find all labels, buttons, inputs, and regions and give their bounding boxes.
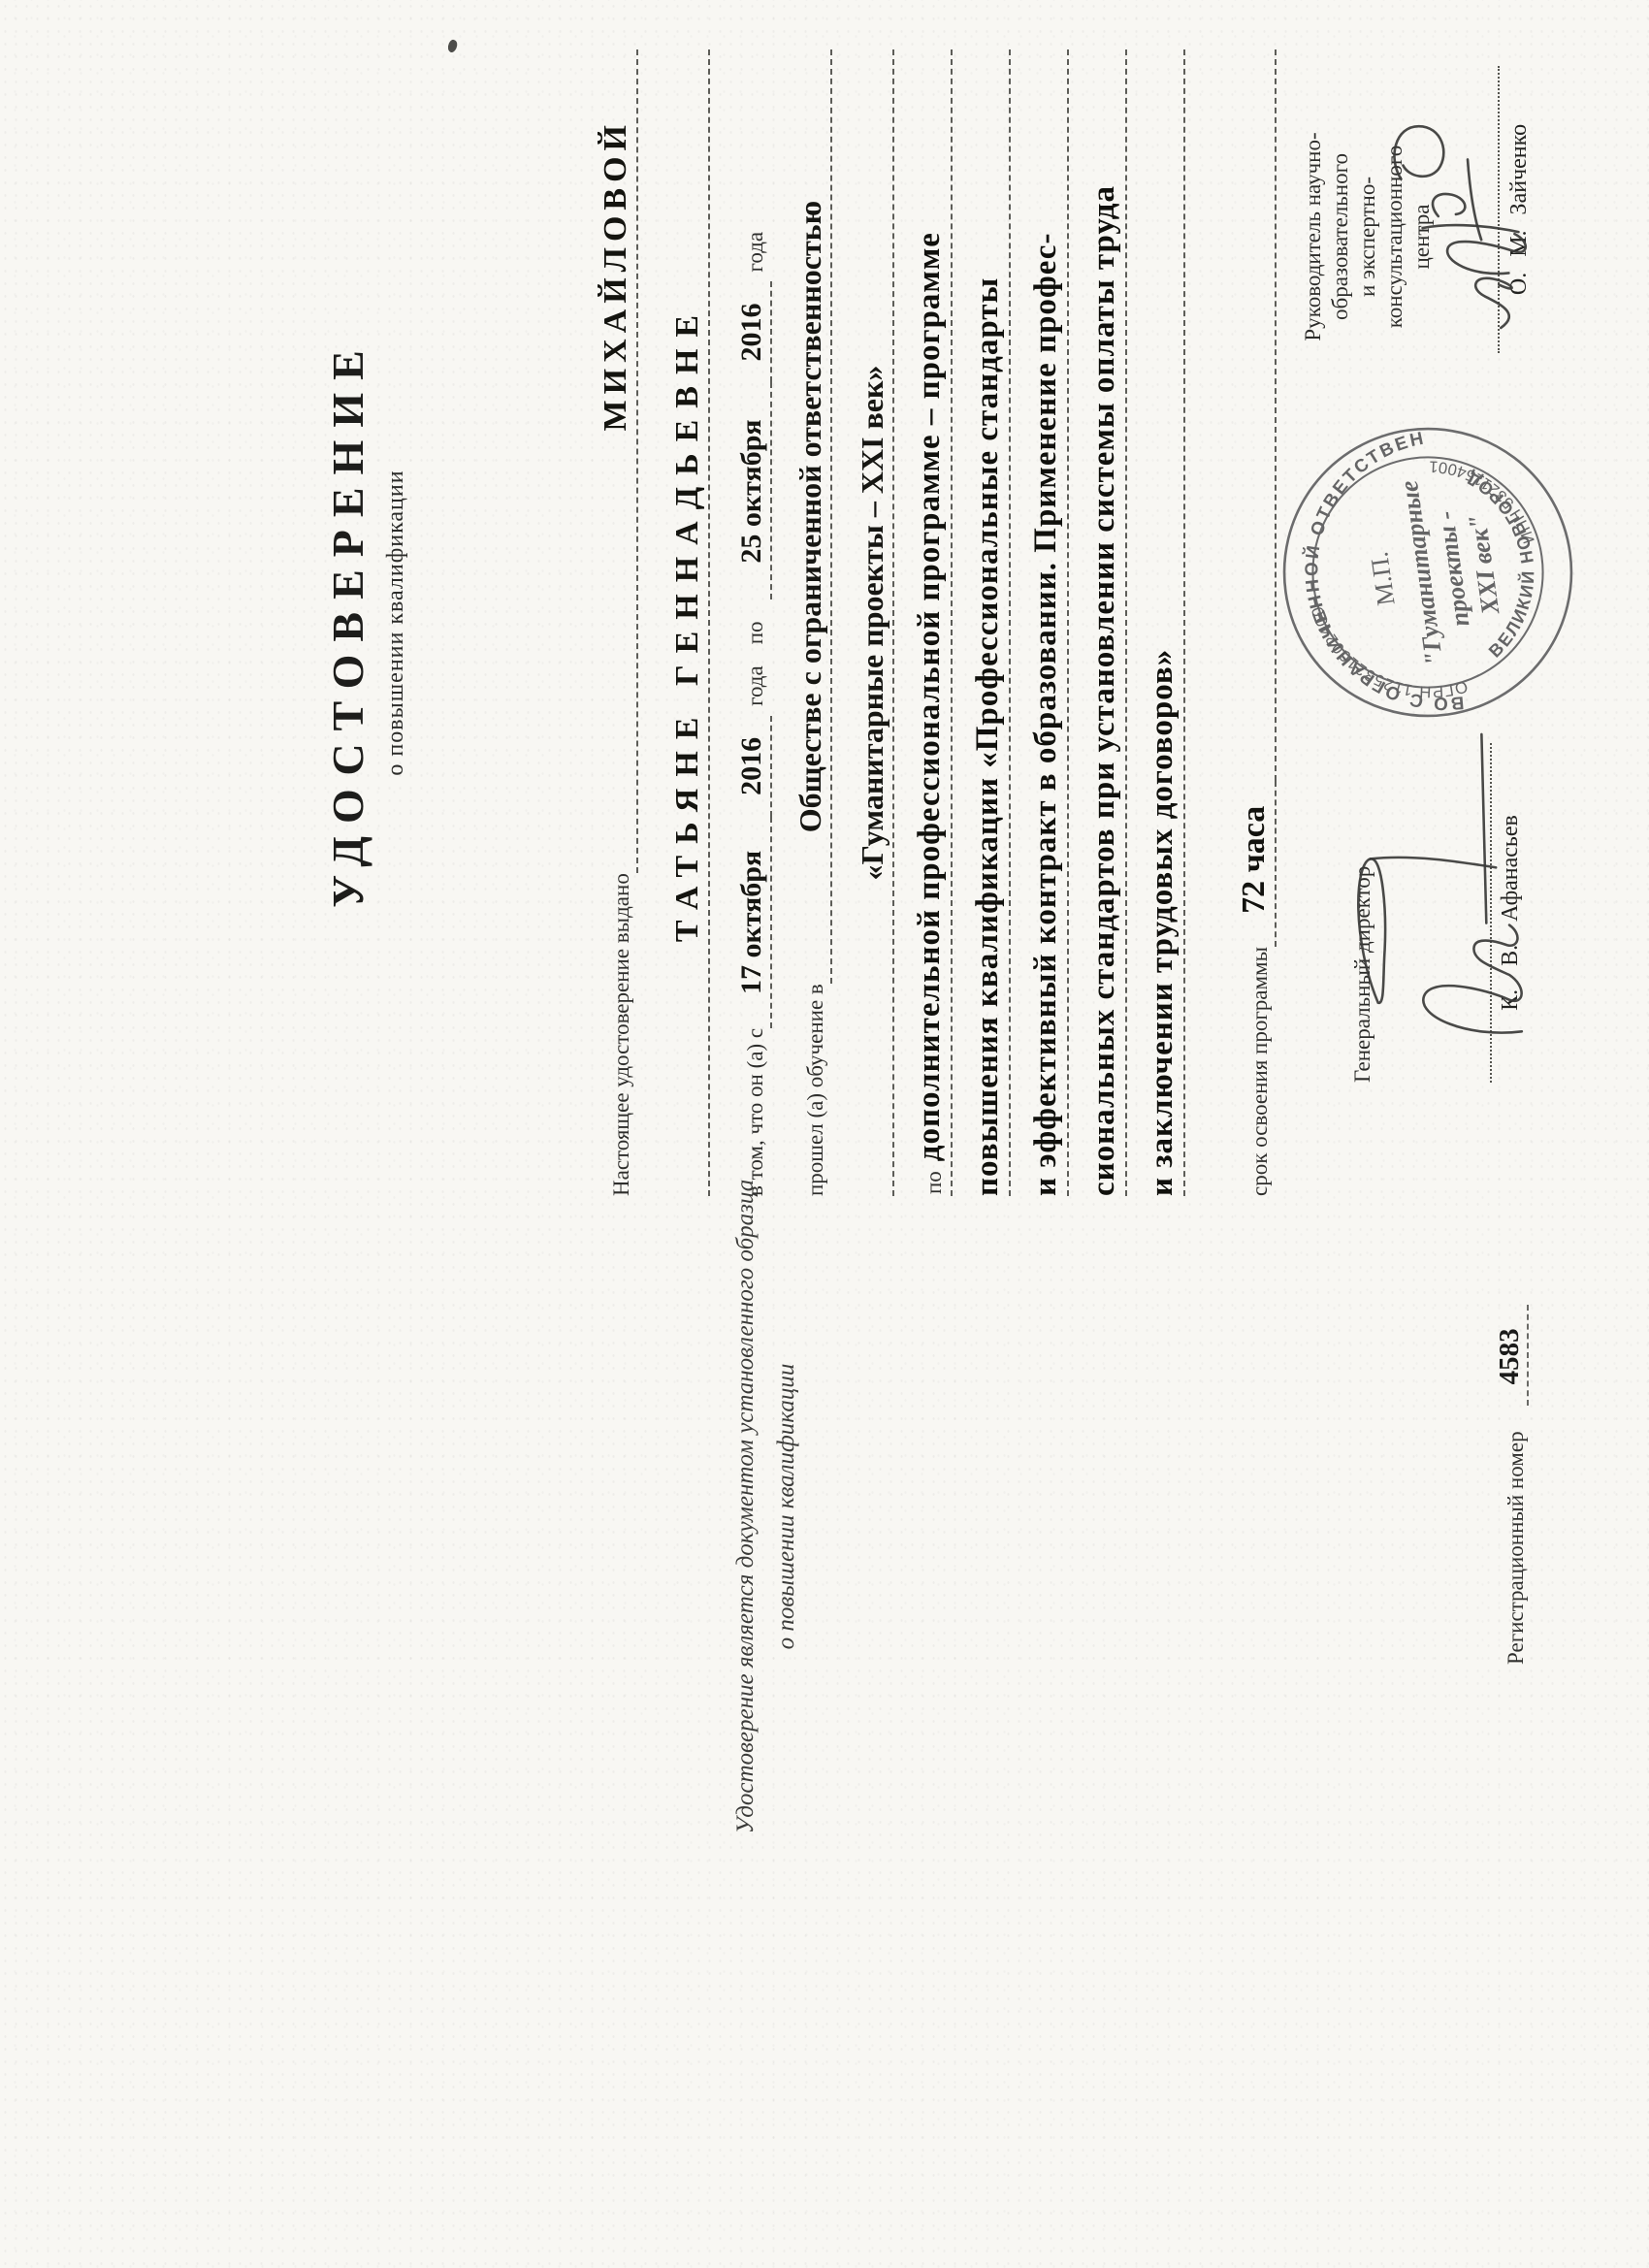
program-line-row: и эффективный контракт в образовании. Пр… — [1011, 49, 1069, 1196]
program-line: дополнительной профессиональной программ… — [912, 232, 951, 1161]
program-line: и эффективный контракт в образовании. Пр… — [1028, 233, 1067, 1196]
certificate-document: Удостоверение является документом устано… — [0, 0, 1649, 2268]
program-line: и заключении трудовых договоров» — [1145, 649, 1183, 1196]
head-title-line: и экспертно- — [1354, 50, 1381, 423]
organization-underline2: «Гуманитарные проекты – XXI век» — [855, 49, 894, 1196]
program-line-row: сиональных стандартов при установлении с… — [1069, 49, 1127, 1196]
last-name-underline: МИХАЙЛОВОЙ — [598, 49, 638, 873]
issued-label: Настоящее удостоверение выдано — [609, 873, 638, 1196]
period-prefix: в том, что он (а) с — [743, 1028, 772, 1196]
program-line-row: и заключении трудовых договоров» — [1127, 49, 1185, 1196]
certificate-main: УДОСТОВЕРЕНИЕ о повышении квалификации Н… — [0, 49, 1277, 1196]
organization-line1: Обществе с ограниченной ответственностью — [792, 187, 830, 846]
duration-value: 72 часа — [1236, 781, 1277, 947]
year-to: 2016 — [735, 289, 770, 374]
program-line: сиональных стандартов при установлении с… — [1086, 185, 1125, 1196]
period-row: в том, что он (а) с 17 октября 2016 года… — [714, 49, 772, 1196]
training-row: прошел (а) обучение в Обществе с огранич… — [772, 49, 832, 1196]
program-prefix: по — [921, 1161, 951, 1196]
date-to: 25 октября — [735, 405, 770, 576]
year-word-to: года — [743, 232, 772, 273]
year-word-from: года — [743, 665, 772, 706]
year-from: 2016 — [735, 724, 770, 809]
year-to-underline: 2016 — [735, 281, 772, 382]
organization-stamp: * ОБЩЕСТВО С ОГРАНИЧЕННОЙ ОТВЕТСТВЕННОСТ… — [1261, 405, 1594, 738]
first-patronymic-row: ТАТЬЯНЕ ГЕННАДЬЕВНЕ — [638, 49, 710, 1196]
registration-row: Регистрационный номер 4583 — [1494, 1305, 1529, 1665]
registration-label: Регистрационный номер — [1503, 1431, 1529, 1665]
stamp-mp-label: М.П. — [1365, 550, 1400, 607]
back-note-line1: Удостоверение является документом устано… — [726, 1152, 766, 1861]
certificate-title: УДОСТОВЕРЕНИЕ — [322, 49, 373, 1196]
duration-row: срок освоения программы 72 часа — [1212, 49, 1277, 1196]
program-line-row: повышения квалификации «Профессиональные… — [953, 49, 1011, 1196]
duration-underline-tail — [1274, 49, 1277, 781]
training-prefix: прошел (а) обучение в — [803, 984, 832, 1196]
first-patronymic-underline: ТАТЬЯНЕ ГЕННАДЬЕВНЕ — [669, 49, 710, 1196]
director-signature-block: Генеральный директор К. В. Афанасьев — [1350, 743, 1524, 1083]
back-note: Удостоверение является документом устано… — [726, 1152, 807, 1861]
director-signature-scrawl — [1323, 729, 1538, 1055]
duration-label: срок освоения программы — [1247, 947, 1277, 1196]
certificate-subtitle: о повышении квалификации — [383, 49, 409, 1196]
head-signature-block: Руководитель научно- образовательного и … — [1300, 50, 1533, 423]
issued-row: Настоящее удостоверение выдано МИХАЙЛОВО… — [563, 49, 638, 1196]
head-title-line: образовательного — [1327, 50, 1354, 423]
scanned-page: Удостоверение является документом устано… — [0, 0, 1649, 2268]
registration-number: 4583 — [1494, 1305, 1529, 1406]
year-from-underline: 2016 — [735, 716, 772, 817]
program-line-row: по дополнительной профессиональной прогр… — [894, 49, 953, 1196]
organization-row2: «Гуманитарные проекты – XXI век» — [832, 49, 894, 1196]
organization-line2: «Гуманитарные проекты – XXI век» — [855, 352, 892, 894]
date-to-underline: 25 октября — [735, 382, 772, 599]
head-title-line: Руководитель научно- — [1300, 50, 1327, 423]
date-from: 17 октября — [735, 837, 770, 1008]
period-to-word: по — [743, 621, 772, 644]
holder-last-name: МИХАЙЛОВОЙ — [598, 119, 636, 431]
program-line: повышения квалификации «Профессиональные… — [970, 277, 1009, 1196]
head-signature-scrawl — [1383, 109, 1550, 334]
holder-first-patronymic: ТАТЬЯНЕ ГЕННАДЬЕВНЕ — [669, 304, 708, 942]
back-note-line2: о повышении квалификации — [766, 1152, 807, 1861]
organization-underline: Обществе с ограниченной ответственностью — [792, 49, 832, 984]
date-from-underline: 17 октября — [735, 817, 772, 1028]
